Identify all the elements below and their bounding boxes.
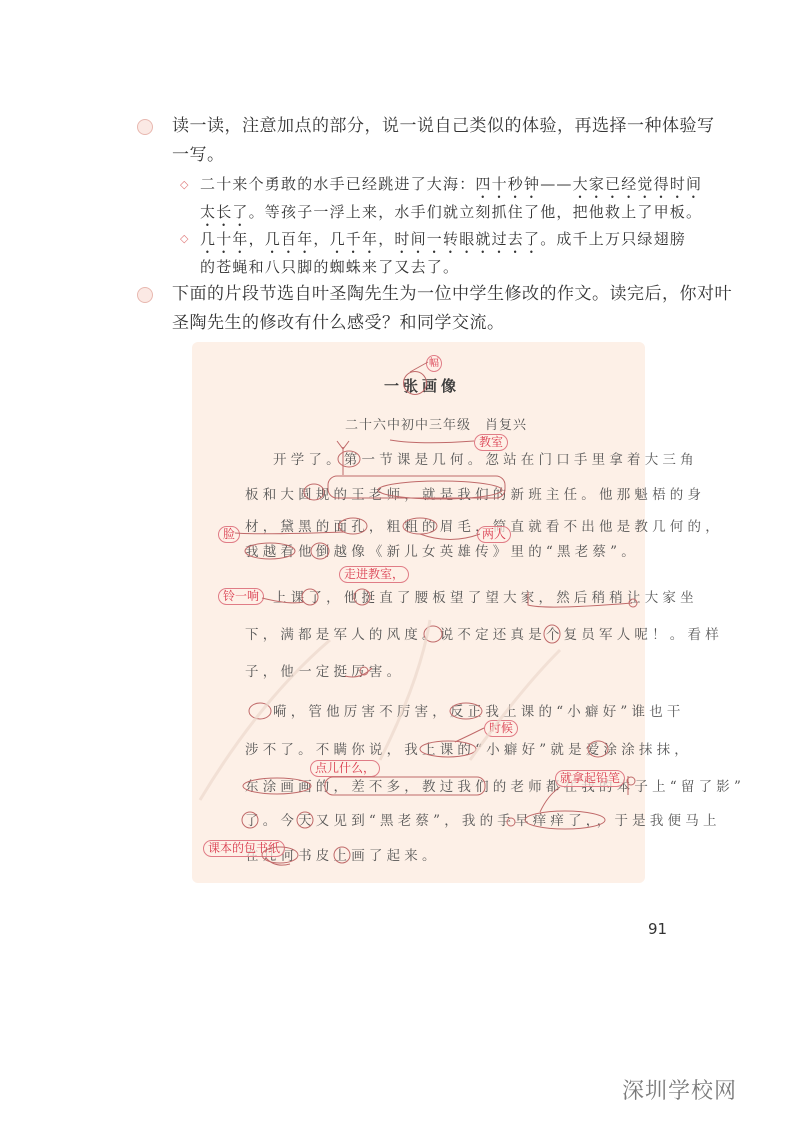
annotation-pencil: 就拿起铅笔 [555, 770, 625, 787]
essay-line: 东涂画画的，差不多，教过我们的老师都在我的本子上“留了影” [245, 777, 745, 797]
exercise-number-icon [137, 287, 153, 303]
example1-dotted-text: 四十秒钟 [475, 175, 540, 193]
page-number: 91 [648, 920, 667, 938]
example2-dotted-text: 几十年，几百年，几千年，时间一转眼就过去了 [200, 230, 540, 248]
title-circle-mark [403, 371, 427, 395]
example2-line2: 的苍蝇和八只脚的蜘蛛来了又去了。 [200, 253, 459, 281]
annotation-bell: 铃一响 [218, 588, 264, 605]
example1-dotted-text: 太长了 [200, 203, 249, 221]
diamond-bullet-icon: ◇ [180, 232, 188, 245]
exercise2-instruction-line2: 圣陶先生的修改有什么感受？和同学交流。 [172, 309, 505, 338]
exercise1-instruction-line1: 读一读，注意加点的部分，说一说自己类似的体验，再选择一种体验写 [172, 112, 715, 141]
exercise-number-icon [137, 119, 153, 135]
essay-line: 子，他一定挺厉害。 [245, 662, 404, 682]
example1-dash: —— [540, 175, 572, 193]
essay-line: 上课了，他挺直了腰板望了望大家，然后稍稍让大家坐 [273, 588, 698, 608]
essay-line: 嗬，管他厉害不厉害，反正我上课的“小癖好”谁也干 [273, 702, 685, 722]
example2-text: 。成千上万只绿翅膀 [540, 230, 686, 248]
essay-line: 我越看他倒越像《新儿女英雄传》里的“黑老蔡”。 [245, 542, 639, 562]
essay-line: 板和大圆规的王老师，就是我们的新班主任。他那魁梧的身 [245, 485, 705, 505]
annotation-something: 点儿什么， [310, 760, 380, 777]
essay-line: 了。今天又见到“黑老蔡”，我的手早痒痒了，，于是我便马上 [245, 811, 721, 831]
annotation-walk-in: 走进教室， [339, 566, 409, 583]
essay-line: 涉不了。不瞒你说，我上课的“小癖好”就是爱涂涂抹抹， [245, 740, 692, 760]
example1-text: 。等孩子一浮上来，水手们就立刻抓住了他，把他救上了甲板。 [249, 203, 703, 221]
exercise2-instruction-line1: 下面的片段节选自叶圣陶先生为一位中学生修改的作文。读完后，你对叶 [172, 280, 732, 309]
example1-text: 二十来个勇敢的水手已经跳进了大海： [200, 175, 475, 193]
exercise1-instruction-line2: 一写。 [172, 141, 225, 170]
essay-byline: 二十六中初中三年级 肖复兴 [345, 414, 527, 433]
site-watermark: 深圳学校网 [622, 1074, 737, 1105]
annotation-two-people: 两人 [477, 526, 511, 543]
annotation-book-cover: 课本的包书纸 [203, 840, 285, 857]
essay-line: 下，满都是军人的风度。说不定还真是个复员军人呢！。看样 [245, 625, 723, 645]
diamond-bullet-icon: ◇ [180, 178, 188, 191]
annotation-times: 时候 [484, 720, 518, 737]
title-insert-annotation: 幅 [426, 355, 442, 372]
example1-dotted-text: 大家已经觉得时间 [573, 175, 703, 193]
annotation-classroom: 教室 [474, 434, 508, 451]
annotation-face: 脸 [218, 526, 240, 543]
essay-line: 开学了。第一节课是几何。忽站在门口手里拿着大三角 [273, 450, 698, 470]
